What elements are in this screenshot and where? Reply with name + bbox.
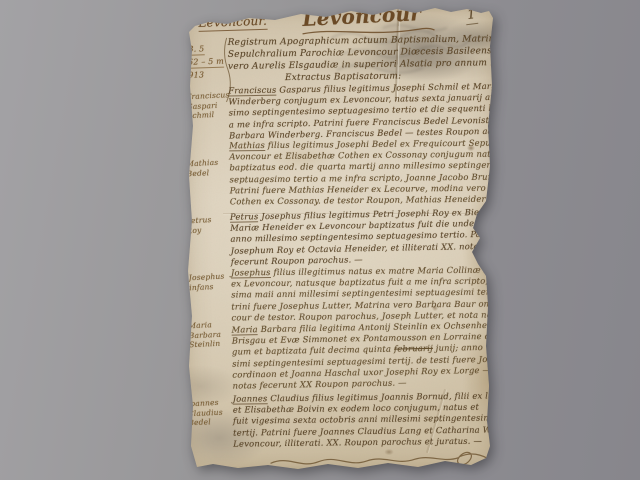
page-content: Levoncour. Levoncour 1 B. 5 62 – 5 m 913 <box>182 2 501 472</box>
margin-note-5: Maria Barbara Steinlin <box>188 319 235 350</box>
margin-note-4: Josephus infans <box>189 271 236 292</box>
bottom-flourish <box>266 448 502 473</box>
entry-paragraph-5: Maria Barbara filia legitima Antonij Ste… <box>231 319 546 392</box>
manuscript-page: Levoncour. Levoncour 1 B. 5 62 – 5 m 913 <box>183 6 496 472</box>
scanned-document-view: Levoncour. Levoncour 1 B. 5 62 – 5 m 913 <box>0 0 640 480</box>
header-title-small: Levoncour. <box>198 14 267 32</box>
margin-note-6: Joannes Claudius Bedel <box>187 397 234 428</box>
tally-line-1: B. 5 <box>187 43 204 56</box>
tally-line-3: 913 <box>188 70 204 79</box>
margin-note-1: Franciscus Gaspari Schmil <box>186 90 233 121</box>
entry-paragraph-6: Joannes Claudius filius legitimus Joanni… <box>233 390 526 450</box>
paper-shadow: Levoncour. Levoncour 1 B. 5 62 – 5 m 913 <box>0 0 640 480</box>
entry-paragraph-1: Franciscus Gasparus filius legitimus Jos… <box>228 80 535 141</box>
entry-paragraph-2: Mathias filius legitimus Josephi Bedel e… <box>229 137 548 208</box>
struck-word: februarij <box>394 343 433 354</box>
margin-note-3: Petrus Roy <box>186 214 233 235</box>
page-number: 1 <box>464 7 478 25</box>
register-title: Registrum Apographicum actuum Baptismali… <box>228 33 493 85</box>
entry-paragraph-3: Petrus Josephus filius legitimus Petri J… <box>230 206 545 268</box>
entry-paragraph-4: Josephus filius illegitimus natus ex mat… <box>231 264 553 324</box>
margin-note-2: Mathias Bedel <box>186 157 233 178</box>
